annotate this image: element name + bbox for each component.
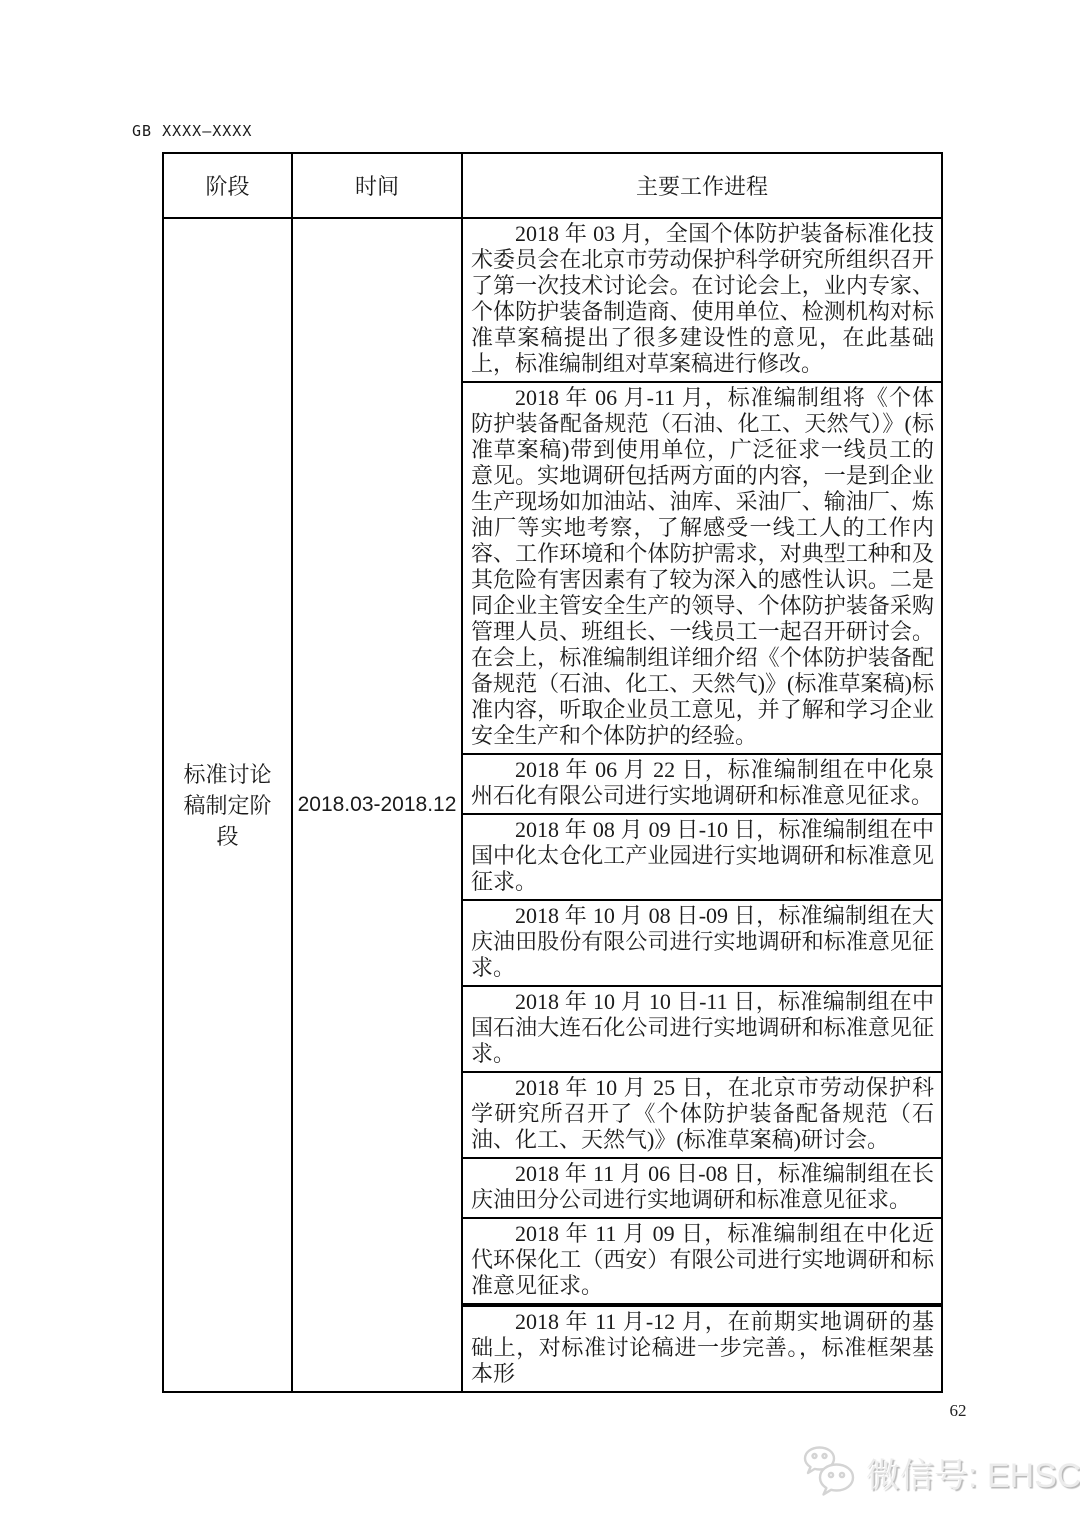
stage-text: 标准讨论稿制定阶段 <box>182 759 274 852</box>
doc-code: GB XXXX—XXXX <box>132 122 252 140</box>
progress-cell: 2018 年 03 月，全国个体防护装备标准化技术委员会在北京市劳动保护科学研究… <box>462 218 942 382</box>
stage-cell: 标准讨论稿制定阶段 <box>163 218 292 1392</box>
document-page: GB XXXX—XXXX 阶段 时间 主要工作进程 标准讨论稿制定阶段 2018… <box>0 0 1080 1527</box>
col-header-progress: 主要工作进程 <box>462 153 942 218</box>
page-number: 62 <box>938 1401 978 1421</box>
header-row: 阶段 时间 主要工作进程 <box>163 153 942 218</box>
wechat-watermark: 微信号: EHSCity <box>800 1444 1080 1500</box>
progress-cell: 2018 年 10 月 10 日-11 日，标准编制组在中国石油大连石化公司进行… <box>462 986 942 1072</box>
progress-cell: 2018 年 10 月 08 日-09 日，标准编制组在大庆油田股份有限公司进行… <box>462 900 942 986</box>
time-text: 2018.03-2018.12 <box>297 791 458 819</box>
progress-cell: 2018 年 10 月 25 日，在北京市劳动保护科学研究所召开了《个体防护装备… <box>462 1072 942 1158</box>
progress-cell: 2018 年 11 月 06 日-08 日，标准编制组在长庆油田分公司进行实地调… <box>462 1158 942 1218</box>
table-row: 标准讨论稿制定阶段 2018.03-2018.12 2018 年 03 月，全国… <box>163 218 942 382</box>
col-header-stage: 阶段 <box>163 153 292 218</box>
wechat-bubbles-icon <box>800 1444 858 1500</box>
progress-cell: 2018 年 08 月 09 日-10 日，标准编制组在中国中化太仓化工产业园进… <box>462 814 942 900</box>
wechat-label: 微信号: EHSCity <box>866 1448 1080 1497</box>
work-progress-table: 阶段 时间 主要工作进程 标准讨论稿制定阶段 2018.03-2018.12 2… <box>162 152 943 1393</box>
time-cell: 2018.03-2018.12 <box>292 218 462 1392</box>
progress-cell: 2018 年 06 月 22 日，标准编制组在中化泉州石化有限公司进行实地调研和… <box>462 754 942 814</box>
progress-cell: 2018 年 06 月-11 月，标准编制组将《个体防护装备配备规范（石油、化工… <box>462 382 942 754</box>
progress-cell: 2018 年 11 月 09 日，标准编制组在中化近代环保化工（西安）有限公司进… <box>462 1218 942 1305</box>
progress-cell: 2018 年 11 月-12 月，在前期实地调研的基础上，对标准讨论稿进一步完善… <box>462 1305 942 1392</box>
col-header-time: 时间 <box>292 153 462 218</box>
